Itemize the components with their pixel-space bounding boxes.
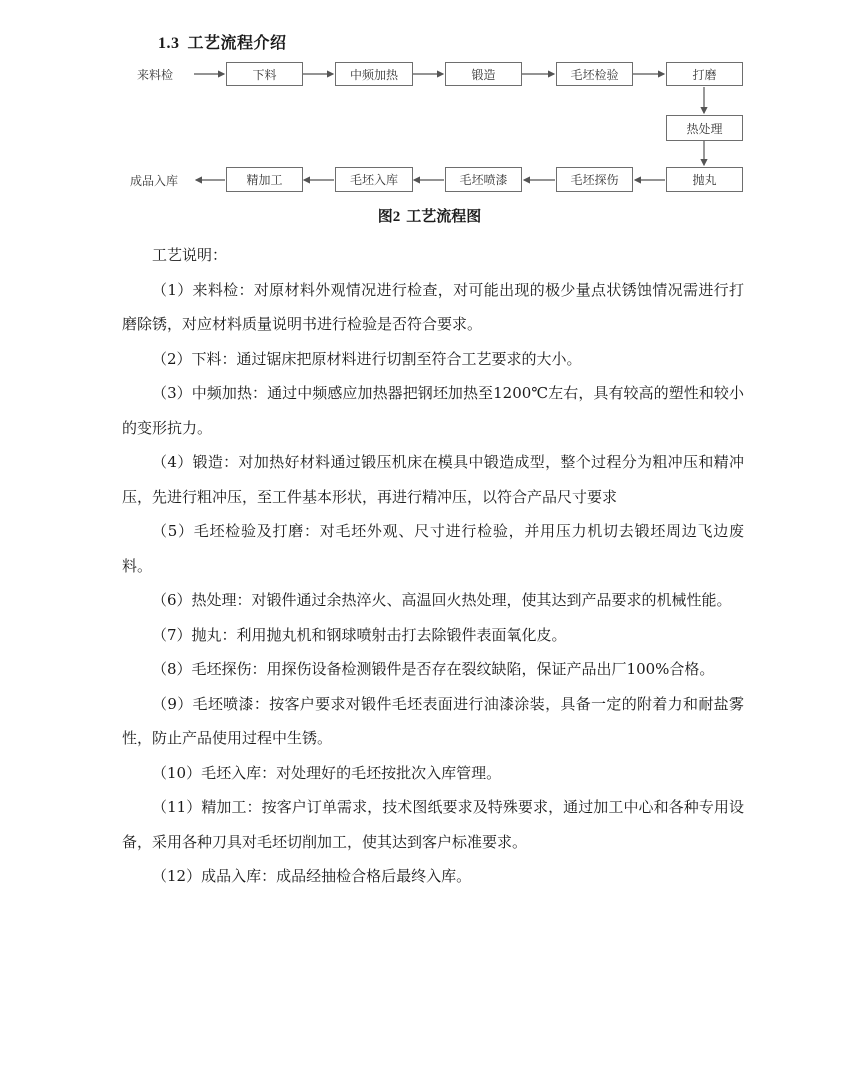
description-item-10: （10）毛坯入库：对处理好的毛坯按批次入库管理。 (122, 756, 744, 791)
flow-box-finishing: 精加工 (226, 167, 303, 192)
flow-box-forging: 锻造 (445, 62, 522, 86)
description-item-12: （12）成品入库：成品经抽检合格后最终入库。 (122, 859, 744, 894)
description-item-2: （2）下料：通过锯床把原材料进行切割至符合工艺要求的大小。 (122, 342, 744, 377)
flow-box-blank-storage: 毛坯入库 (335, 167, 413, 192)
flow-box-heating: 中频加热 (335, 62, 413, 86)
description-intro: 工艺说明： (122, 238, 744, 273)
flow-box-flaw-detection: 毛坯探伤 (556, 167, 633, 192)
description-item-11: （11）精加工：按客户订单需求，技术图纸要求及特殊要求，通过加工中心和各种专用设… (122, 790, 744, 859)
figure-caption: 图2工艺流程图 (0, 205, 859, 226)
flow-box-blank-inspection: 毛坯检验 (556, 62, 633, 86)
description-item-7: （7）抛丸：利用抛丸机和钢球喷射击打去除锻件表面氧化皮。 (122, 618, 744, 653)
description-item-5: （5）毛坯检验及打磨：对毛坯外观、尺寸进行检验，并用压力机切去锻坯周边飞边废料。 (122, 514, 744, 583)
figure-title: 工艺流程图 (406, 207, 481, 225)
figure-number: 图2 (378, 209, 401, 225)
process-flowchart: 来料检 下料 中频加热 锻造 毛坯检验 打磨 热处理 抛丸 毛坯探伤 毛坯喷漆 … (0, 0, 859, 210)
flow-box-cutting: 下料 (226, 62, 303, 86)
flow-box-heat-treatment: 热处理 (666, 115, 743, 141)
description-item-8: （8）毛坯探伤：用探伤设备检测锻件是否存在裂纹缺陷，保证产品出厂100%合格。 (122, 652, 744, 687)
description-item-3: （3）中频加热：通过中频感应加热器把钢坯加热至1200℃左右，具有较高的塑性和较… (122, 376, 744, 445)
flow-end-label: 成品入库 (130, 172, 178, 189)
description-item-4: （4）锻造：对加热好材料通过锻压机床在模具中锻造成型，整个过程分为粗冲压和精冲压… (122, 445, 744, 514)
description-item-1: （1）来料检：对原材料外观情况进行检查，对可能出现的极少量点状锈蚀情况需进行打磨… (122, 273, 744, 342)
process-description: 工艺说明： （1）来料检：对原材料外观情况进行检查，对可能出现的极少量点状锈蚀情… (122, 238, 744, 894)
flow-box-painting: 毛坯喷漆 (445, 167, 522, 192)
description-item-6: （6）热处理：对锻件通过余热淬火、高温回火热处理，使其达到产品要求的机械性能。 (122, 583, 744, 618)
description-item-9: （9）毛坯喷漆：按客户要求对锻件毛坯表面进行油漆涂装，具备一定的附着力和耐盐雾性… (122, 687, 744, 756)
flow-box-shot-blasting: 抛丸 (666, 167, 743, 192)
flow-box-grinding: 打磨 (666, 62, 743, 86)
flow-start-label: 来料检 (137, 66, 173, 83)
